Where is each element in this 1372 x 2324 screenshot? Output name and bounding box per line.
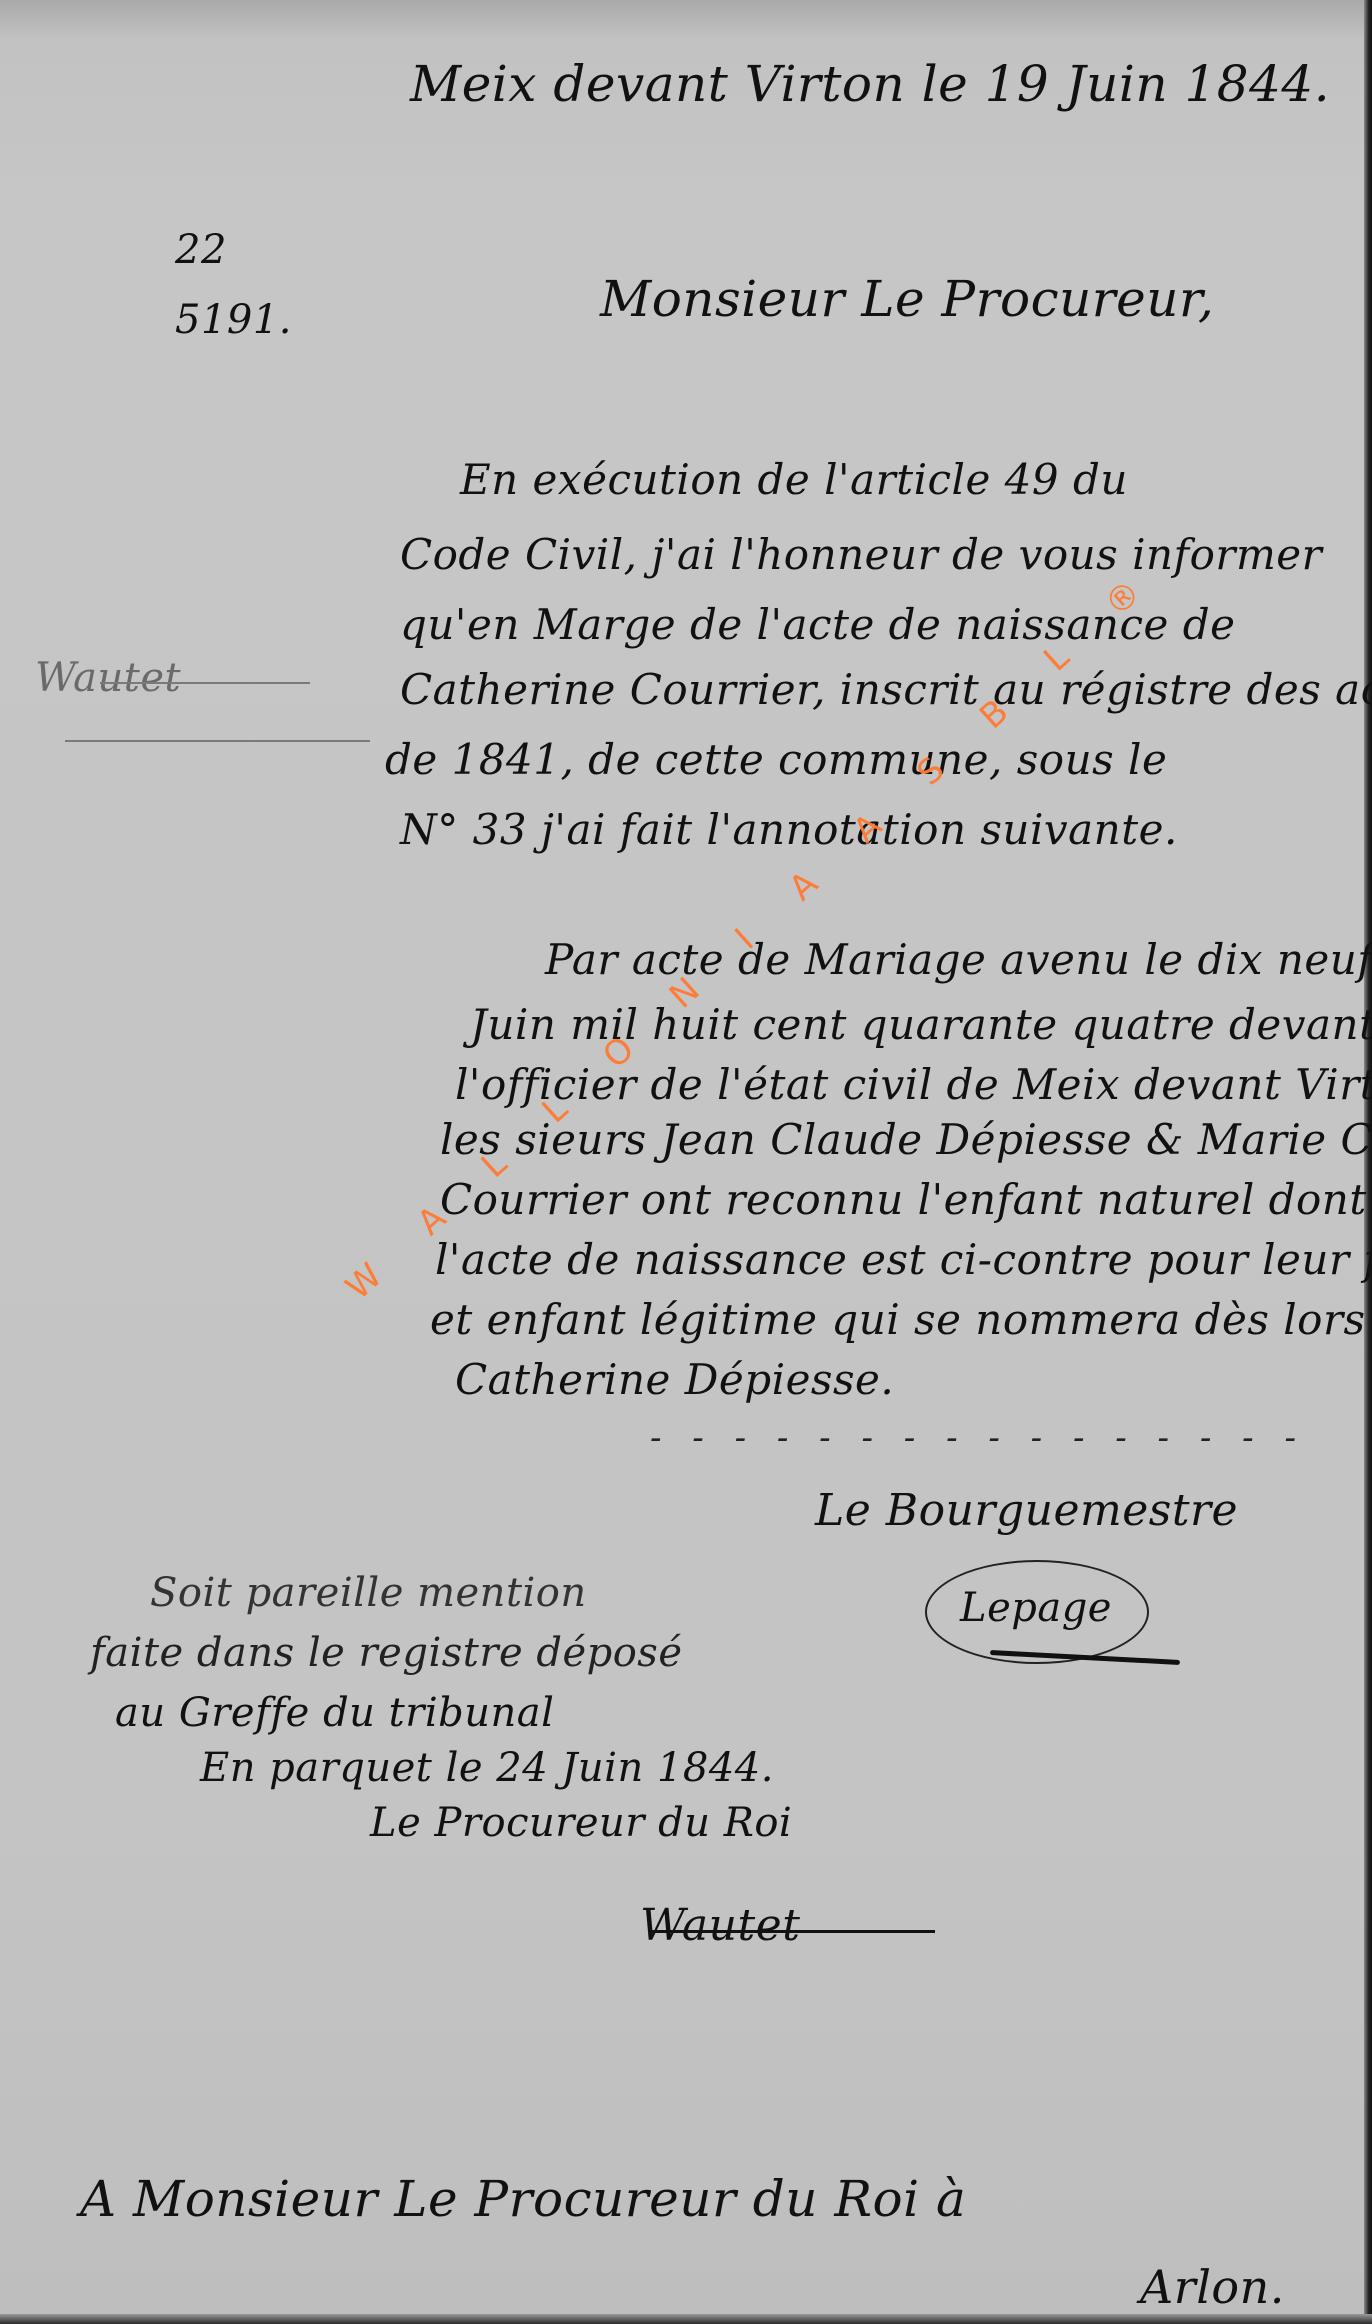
paragraph-1-line: En exécution de l'article 49 du bbox=[460, 455, 1128, 504]
paragraph-2-line: Catherine Dépiesse. bbox=[455, 1355, 894, 1404]
registry-note-line: Soit pareille mention bbox=[150, 1570, 587, 1616]
registry-note-line: Le Procureur du Roi bbox=[370, 1800, 792, 1846]
mayor-signature: Lepage bbox=[960, 1585, 1112, 1631]
paragraph-1-line: Code Civil, j'ai l'honneur de vous infor… bbox=[400, 530, 1322, 579]
prosecutor-signature: Wautet bbox=[640, 1900, 800, 1951]
paragraph-2-line: les sieurs Jean Claude Dépiesse & Marie … bbox=[440, 1115, 1372, 1164]
registry-note-line: En parquet le 24 Juin 1844. bbox=[200, 1745, 774, 1791]
paragraph-1-line: N° 33 j'ai fait l'annotation suivante. bbox=[400, 805, 1178, 854]
place-date-header: Meix devant Virton le 19 Juin 1844. bbox=[410, 55, 1330, 113]
paragraph-2-line: et enfant légitime qui se nommera dès lo… bbox=[430, 1295, 1366, 1344]
margin-note-rule bbox=[65, 740, 370, 742]
signature-strike-flourish bbox=[650, 1930, 935, 1933]
address-city: Arlon. bbox=[1140, 2260, 1285, 2314]
paragraph-2-line: l'acte de naissance est ci-contre pour l… bbox=[435, 1235, 1372, 1284]
margin-note-signature: Wautet bbox=[35, 655, 181, 701]
document-page: Meix devant Virton le 19 Juin 1844. 22 5… bbox=[0, 0, 1372, 2324]
mayor-title: Le Bourguemestre bbox=[815, 1485, 1238, 1536]
reference-number-bottom: 5191. bbox=[175, 285, 292, 355]
page-edge-bottom bbox=[0, 2314, 1372, 2324]
paragraph-1-line: de 1841, de cette commune, sous le bbox=[385, 735, 1167, 784]
salutation: Monsieur Le Procureur, bbox=[600, 270, 1214, 328]
paragraph-2-line: Par acte de Mariage avenu le dix neuf bbox=[545, 935, 1372, 984]
reference-number: 22 5191. bbox=[175, 215, 292, 355]
margin-note-underline bbox=[100, 682, 310, 684]
reference-number-top: 22 bbox=[175, 215, 292, 285]
paragraph-2-line: Courrier ont reconnu l'enfant naturel do… bbox=[440, 1175, 1367, 1224]
registry-note-line: au Greffe du tribunal bbox=[115, 1690, 554, 1736]
separator-dashes: - - - - - - - - - - - - - - - - bbox=[650, 1418, 1306, 1458]
address-line: A Monsieur Le Procureur du Roi à bbox=[80, 2170, 966, 2228]
registry-note-line: faite dans le registre déposé bbox=[90, 1630, 683, 1676]
paragraph-1-line: Catherine Courrier, inscrit au régistre … bbox=[400, 665, 1372, 714]
